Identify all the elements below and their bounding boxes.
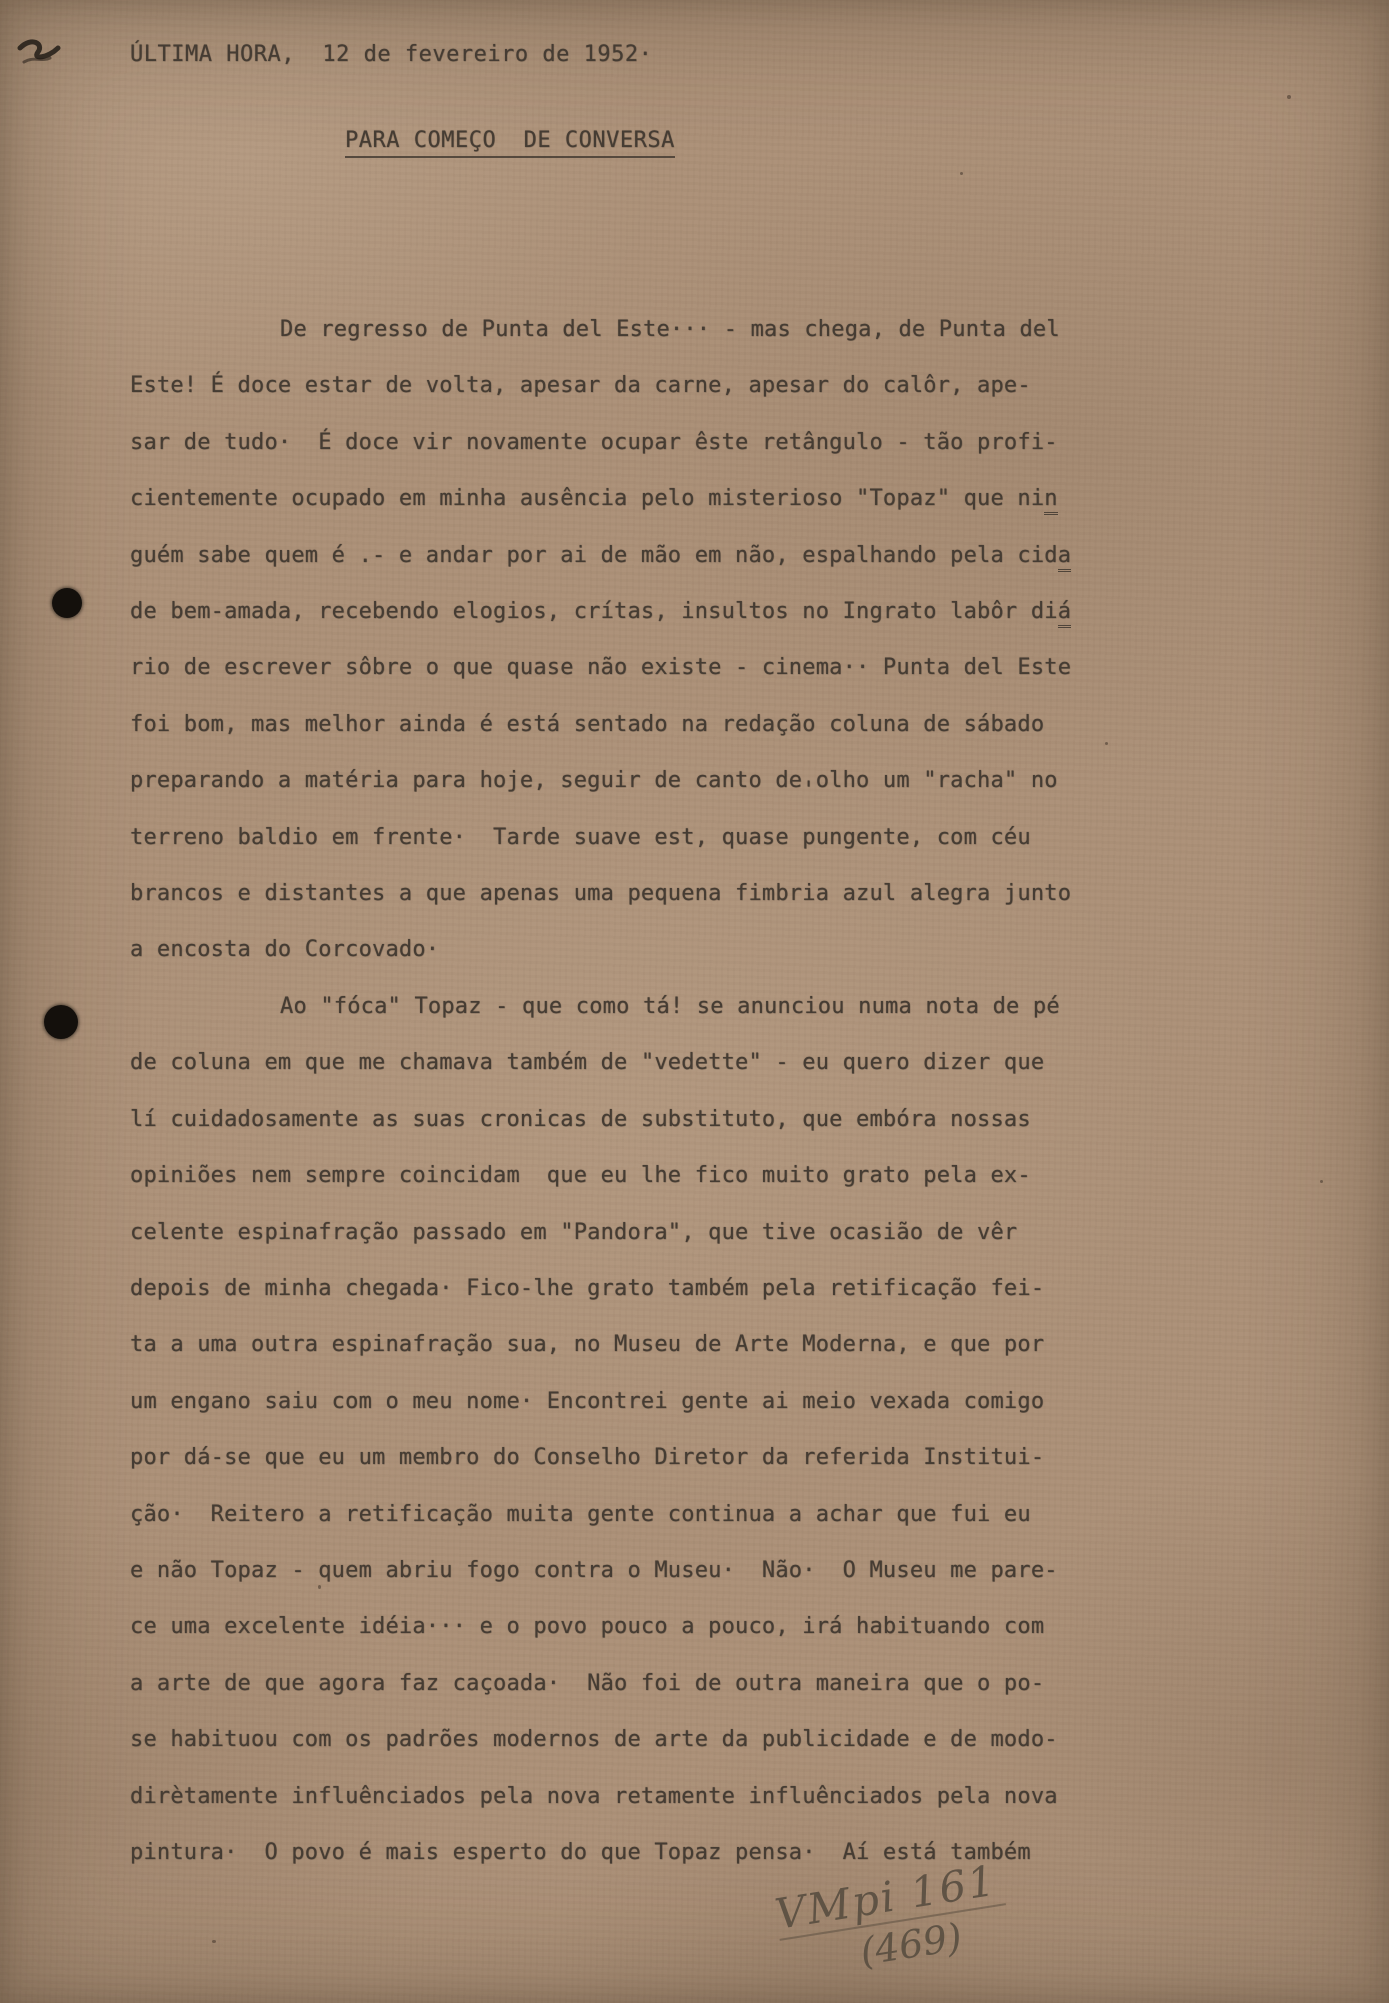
typed-line: ta a uma outra espinafração sua, no Muse… (130, 1317, 1130, 1373)
typed-line: brancos e distantes a que apenas uma peq… (130, 866, 1130, 922)
typed-line: de coluna em que me chamava também de "v… (130, 1035, 1130, 1091)
typed-line: sar de tudo· É doce vir novamente ocupar… (130, 415, 1130, 471)
typed-line: ce uma excelente idéia··· e o povo pouco… (130, 1599, 1130, 1655)
typed-line: terreno baldio em frente· Tarde suave es… (130, 810, 1130, 866)
underlined-tail: a (1058, 543, 1071, 572)
punch-hole (44, 1005, 78, 1039)
paper-speck (1320, 1180, 1323, 1183)
punch-hole (52, 588, 82, 618)
typed-line: cientemente ocupado em minha ausência pe… (130, 471, 1130, 527)
typed-line: guém sabe quem é .- e andar por ai de mã… (130, 528, 1130, 584)
typed-line: depois de minha chegada· Fico-lhe grato … (130, 1261, 1130, 1317)
typed-line: a arte de que agora faz caçoada· Não foi… (130, 1656, 1130, 1712)
typed-line: se habituou com os padrões modernos de a… (130, 1712, 1130, 1768)
typed-line: um engano saiu com o meu nome· Encontrei… (130, 1374, 1130, 1430)
paper-speck (1105, 742, 1108, 745)
typed-line: dirètamente influênciados pela nova reta… (130, 1769, 1130, 1825)
paper-speck (1287, 95, 1291, 99)
typed-line: preparando a matéria para hoje, seguir d… (130, 753, 1130, 809)
paper-speck (212, 1940, 216, 1943)
typed-line: a encosta do Corcovado· (130, 922, 1130, 978)
typed-line: e não Topaz - quem abriu fogo contra o M… (130, 1543, 1130, 1599)
typed-line: celente espinafração passado em "Pandora… (130, 1205, 1130, 1261)
page-title: PARA COMEÇO DE CONVERSA (345, 128, 675, 158)
underlined-tail: á (1058, 599, 1071, 628)
typed-line: rio de escrever sôbre o que quase não ex… (130, 640, 1130, 696)
paper-speck (318, 1585, 321, 1589)
document-header: ÚLTIMA HORA, 12 de fevereiro de 1952· (130, 42, 652, 67)
typed-line: por dá-se que eu um membro do Conselho D… (130, 1430, 1130, 1486)
typed-line: Este! É doce estar de volta, apesar da c… (130, 358, 1130, 414)
paper-speck (960, 172, 963, 175)
stray-mark: ' (802, 778, 815, 803)
typed-body: De regresso de Punta del Este··· - mas c… (130, 302, 1130, 1881)
typed-line: lí cuidadosamente as suas cronicas de su… (130, 1092, 1130, 1148)
typed-line: ção· Reitero a retificação muita gente c… (130, 1487, 1130, 1543)
typed-line: Ao "fóca" Topaz - que como tá! se anunci… (130, 979, 1130, 1035)
typed-line: foi bom, mas melhor ainda é está sentado… (130, 697, 1130, 753)
typed-line: de bem-amada, recebendo elogios, crítas,… (130, 584, 1130, 640)
typed-line: De regresso de Punta del Este··· - mas c… (130, 302, 1130, 358)
typed-line: opiniões nem sempre coincidam que eu lhe… (130, 1148, 1130, 1204)
ink-scribble (14, 18, 104, 88)
underlined-tail: n (1044, 486, 1057, 515)
